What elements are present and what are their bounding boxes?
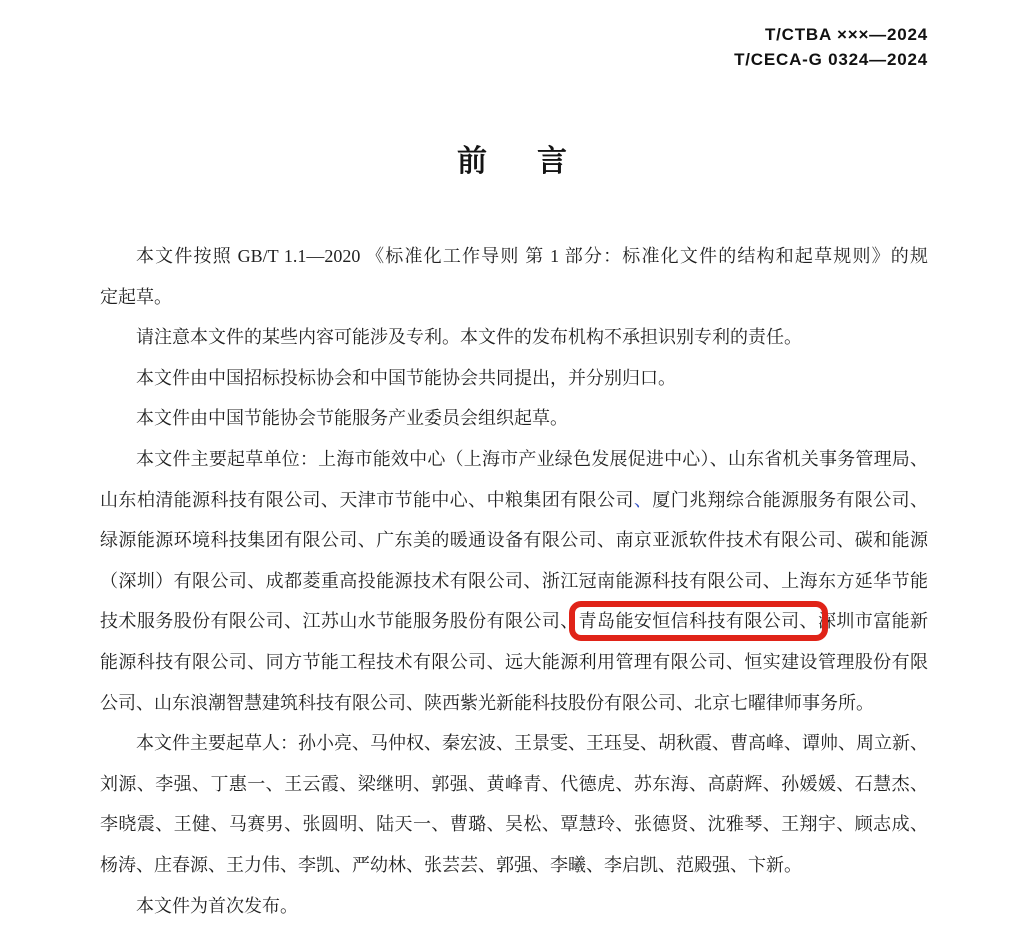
document-body: 本文件按照 GB/T 1.1—2020 《标准化工作导则 第 1 部分：标准化文…: [100, 236, 928, 926]
body-line: 本文件主要起草单位：上海市能效中心（上海市产业绿色发展促进中心）、山东省机关事务…: [100, 439, 928, 480]
blue-comma: 、: [634, 490, 652, 510]
body-text: 山东柏清能源科技有限公司、天津市节能中心、中粮集团有限公司: [100, 490, 634, 510]
body-line: 山东柏清能源科技有限公司、天津市节能中心、中粮集团有限公司、厦门兆翔综合能源服务…: [100, 480, 928, 521]
body-line: 刘源、李强、丁惠一、王云霞、梁继明、郭强、黄峰青、代德虎、苏东海、高蔚辉、孙媛媛…: [100, 764, 928, 805]
body-line: 能源科技有限公司、同方节能工程技术有限公司、远大能源利用管理有限公司、恒实建设管…: [100, 642, 928, 683]
body-line: 本文件按照 GB/T 1.1—2020 《标准化工作导则 第 1 部分：标准化文…: [100, 236, 928, 277]
body-line: 杨涛、庄春源、王力伟、李凯、严幼林、张芸芸、郭强、李曦、李启凯、范殿强、卞新。: [100, 845, 928, 886]
highlighted-company-red-box: 青岛能安恒信科技有限公司、: [579, 611, 818, 631]
body-line: 技术服务股份有限公司、江苏山水节能服务股份有限公司、青岛能安恒信科技有限公司、深…: [100, 601, 928, 642]
body-line: 请注意本文件的某些内容可能涉及专利。本文件的发布机构不承担识别专利的责任。: [100, 317, 928, 358]
body-line: 本文件主要起草人：孙小亮、马仲权、秦宏波、王景雯、王珏旻、胡秋霞、曹高峰、谭帅、…: [100, 723, 928, 764]
body-line: 定起草。: [100, 277, 928, 318]
document-page: T/CTBA ×××—2024 T/CECA-G 0324—2024 前 言 本…: [0, 0, 1024, 949]
standard-code-line-2: T/CECA-G 0324—2024: [734, 47, 928, 72]
body-line: 李晓震、王健、马赛男、张圆明、陆天一、曹璐、吴松、覃慧玲、张德贤、沈雅琴、王翔宇…: [100, 804, 928, 845]
page-title: 前 言: [0, 136, 1024, 180]
standard-codes: T/CTBA ×××—2024 T/CECA-G 0324—2024: [734, 22, 928, 72]
body-line: （深圳）有限公司、成都菱重高投能源技术有限公司、浙江冠南能源科技有限公司、上海东…: [100, 561, 928, 602]
body-line: 绿源能源环境科技集团有限公司、广东美的暖通设备有限公司、南京亚派软件技术有限公司…: [100, 520, 928, 561]
body-line: 本文件由中国节能协会节能服务产业委员会组织起草。: [100, 398, 928, 439]
body-line: 本文件由中国招标投标协会和中国节能协会共同提出，并分别归口。: [100, 358, 928, 399]
standard-code-line-1: T/CTBA ×××—2024: [734, 22, 928, 47]
body-line: 公司、山东浪潮智慧建筑科技有限公司、陕西紫光新能科技股份有限公司、北京七曜律师事…: [100, 683, 928, 724]
body-text: 深圳市富能新: [818, 611, 928, 631]
body-text: 厦门兆翔综合能源服务有限公司、: [652, 490, 928, 510]
body-text: 技术服务股份有限公司、江苏山水节能服务股份有限公司、: [100, 611, 579, 631]
body-line: 本文件为首次发布。: [100, 886, 928, 927]
